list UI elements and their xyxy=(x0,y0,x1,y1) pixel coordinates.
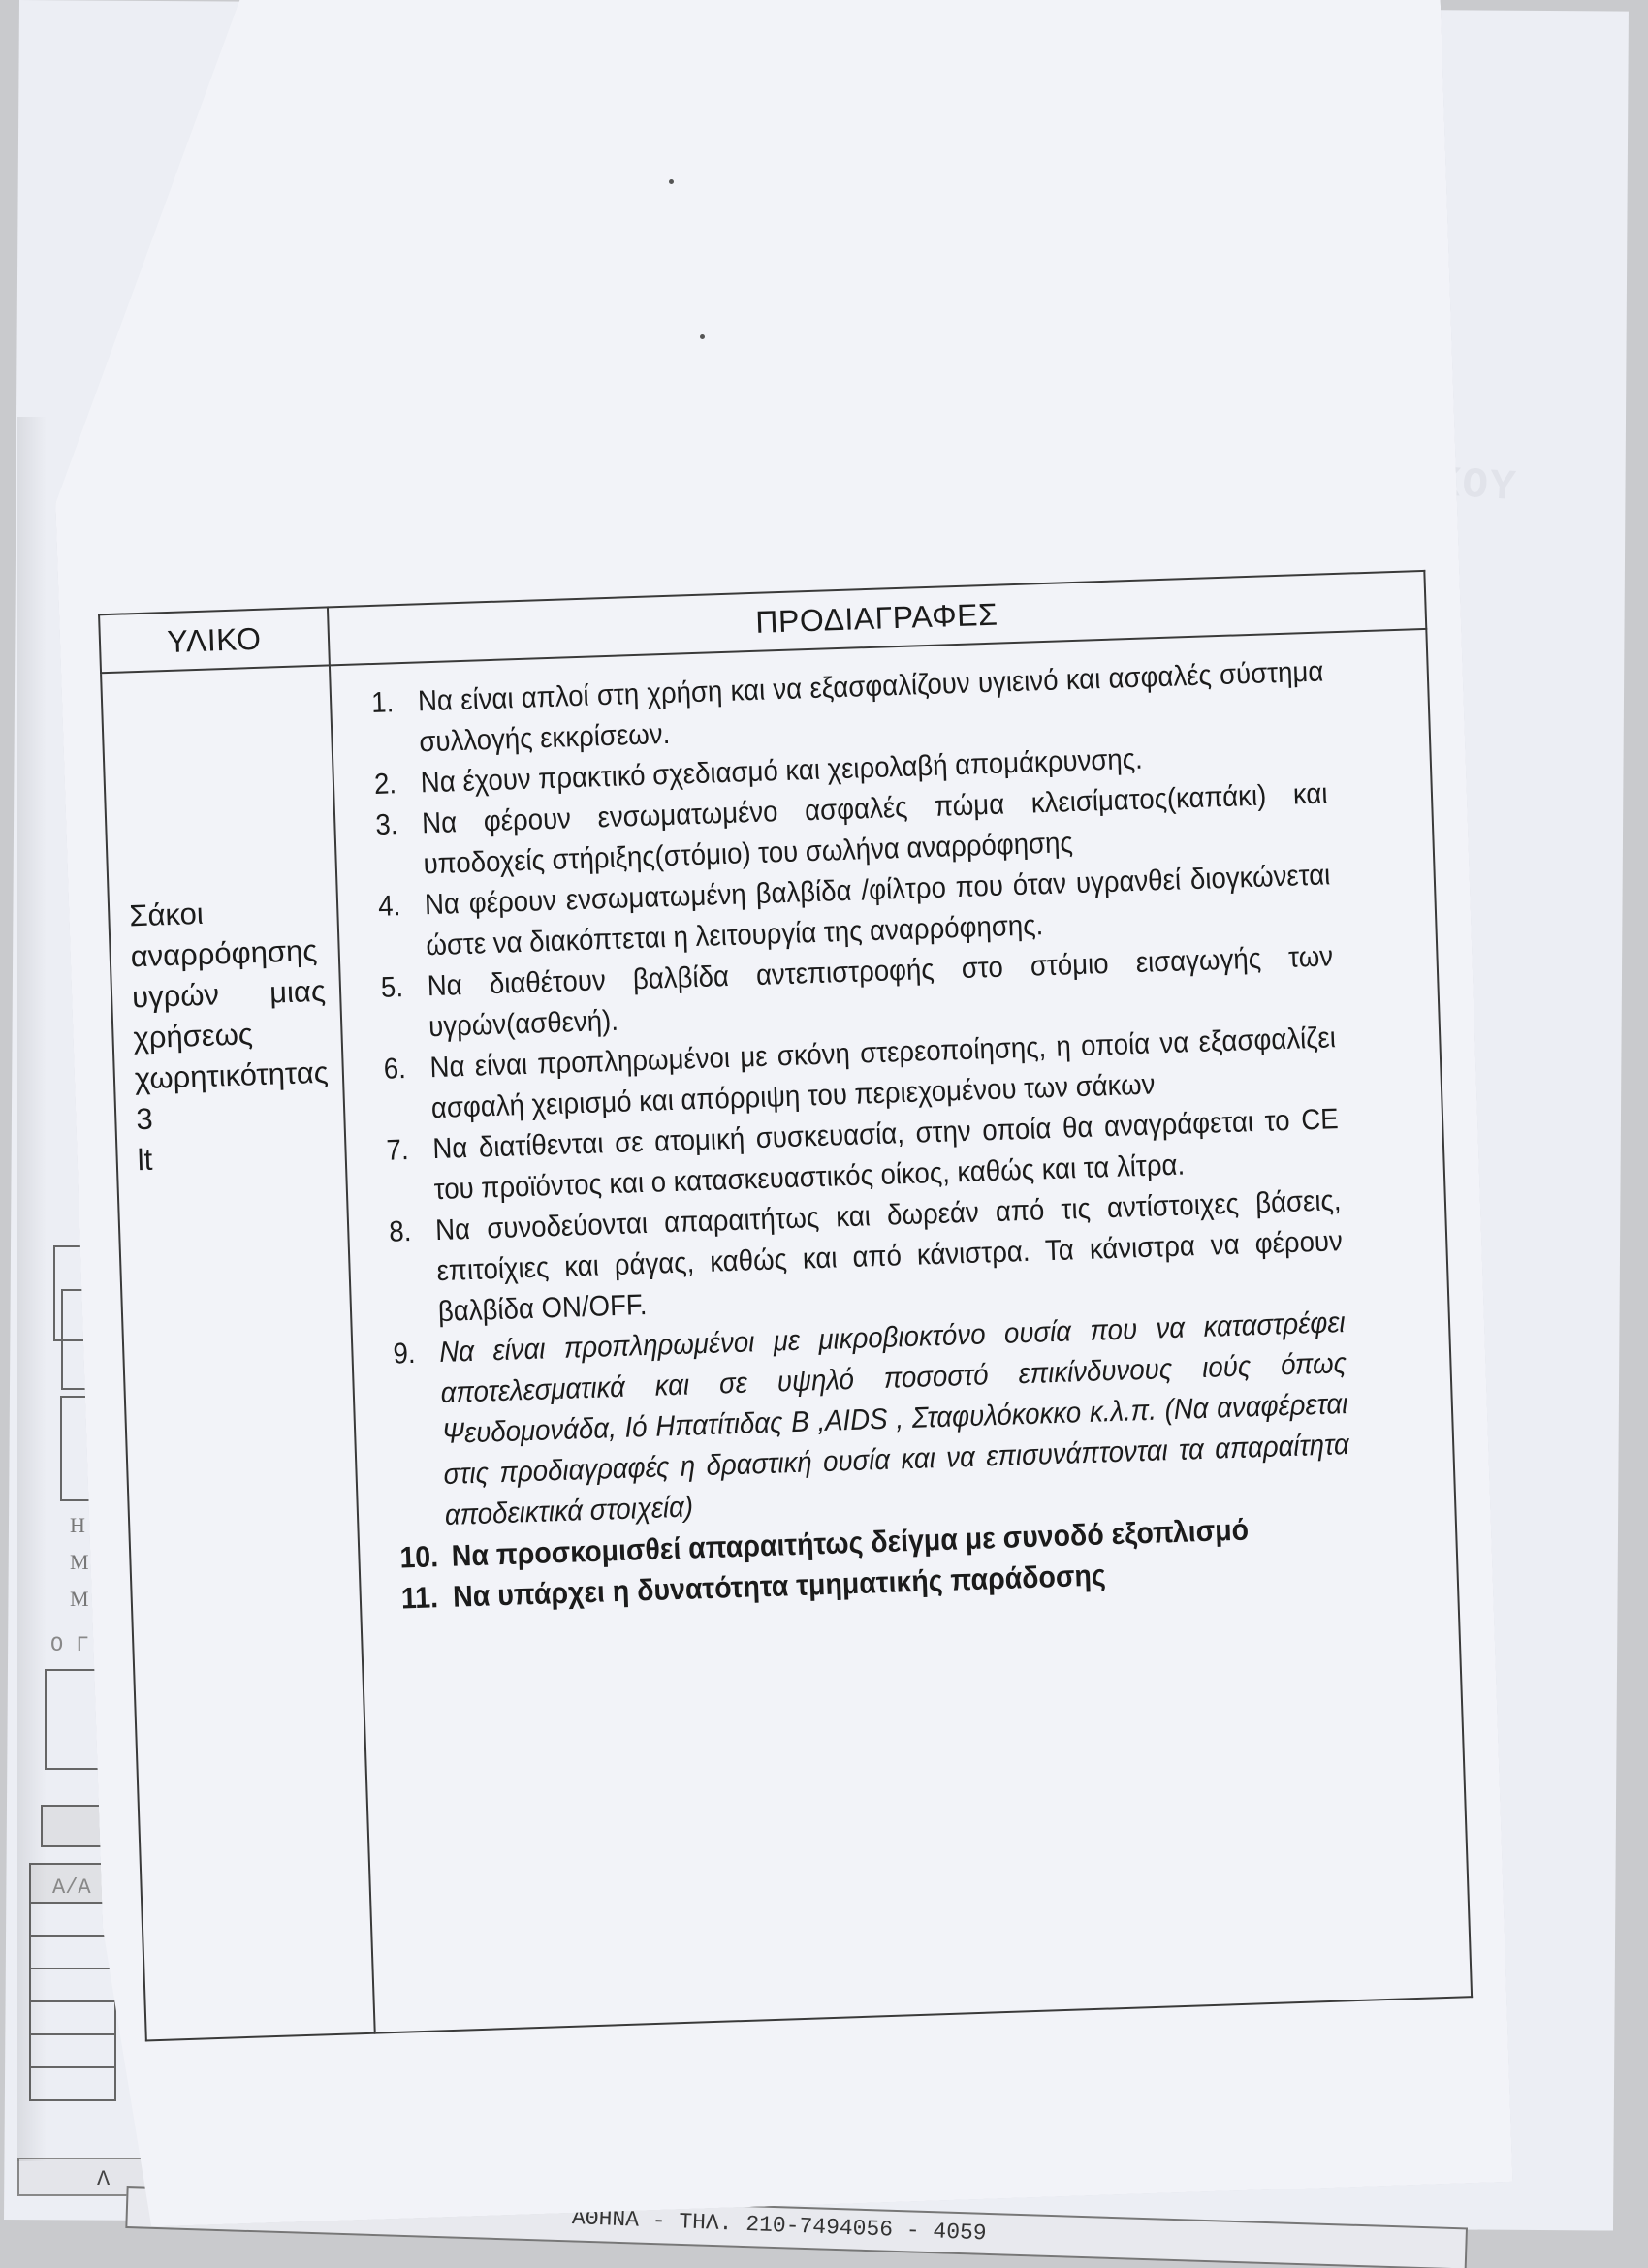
spec-text: Να είναι προπληρωμένοι με μικροβιοκτόνο … xyxy=(438,1303,1350,1536)
scan-speck xyxy=(669,179,674,184)
spec-item: 9.Να είναι προπληρωμένοι με μικροβιοκτόν… xyxy=(393,1303,1351,1537)
underlying-form-letters: Η Μ Μ xyxy=(70,1507,89,1618)
material-cell: Σάκοι αναρρόφησης υγρών μιας χρήσεως χωρ… xyxy=(101,665,374,2040)
letter: Μ xyxy=(70,1581,89,1618)
specifications-table: ΥΛΙΚΟ ΠΡΟΔΙΑΓΡΑΦΕΣ Σάκοι αναρρόφησης υγρ… xyxy=(98,570,1473,2042)
specifications-list: 1.Να είναι απλοί στη χρήση και να εξασφα… xyxy=(332,631,1456,1630)
spec-number: 10. xyxy=(399,1536,453,1579)
spec-number: 4. xyxy=(377,885,427,968)
foreground-page: ΥΛΙΚΟ ΠΡΟΔΙΑΓΡΑΦΕΣ Σάκοι αναρρόφησης υγρ… xyxy=(39,0,1512,2228)
letter: Μ xyxy=(70,1544,89,1581)
material-line: αναρρόφησης xyxy=(130,930,325,978)
underlying-o-label: Ο Γ xyxy=(50,1633,89,1657)
spec-number: 3. xyxy=(374,803,424,887)
material-line: χωρητικότητας 3 xyxy=(134,1053,330,1141)
header-material: ΥΛΙΚΟ xyxy=(99,607,330,673)
material-line: Σάκοι xyxy=(129,890,324,937)
spec-number: 8. xyxy=(388,1211,438,1335)
table-row: Σάκοι αναρρόφησης υγρών μιας χρήσεως χωρ… xyxy=(101,629,1472,2041)
spec-number: 1. xyxy=(370,681,420,765)
spec-number: 2. xyxy=(373,763,421,805)
letter: Η xyxy=(70,1507,89,1544)
material-line: χρήσεως xyxy=(133,1012,328,1059)
underlying-form-box xyxy=(41,1805,108,1847)
spec-number: 7. xyxy=(386,1129,435,1213)
material-line: υγρών μιας xyxy=(131,971,326,1019)
page-edge-shadow xyxy=(17,417,47,2161)
spec-number: 11. xyxy=(400,1577,454,1620)
underlying-footer-letter: Λ xyxy=(97,2167,110,2191)
underlying-aa-label: Α/Α xyxy=(52,1875,91,1900)
spec-number: 9. xyxy=(393,1333,446,1537)
spec-number: 5. xyxy=(380,966,429,1050)
specifications-cell: 1.Να είναι απλοί στη χρήση και να εξασφα… xyxy=(330,629,1472,2033)
material-line: lt xyxy=(137,1134,332,1181)
scan-speck xyxy=(700,334,705,339)
spec-number: 6. xyxy=(383,1048,432,1131)
